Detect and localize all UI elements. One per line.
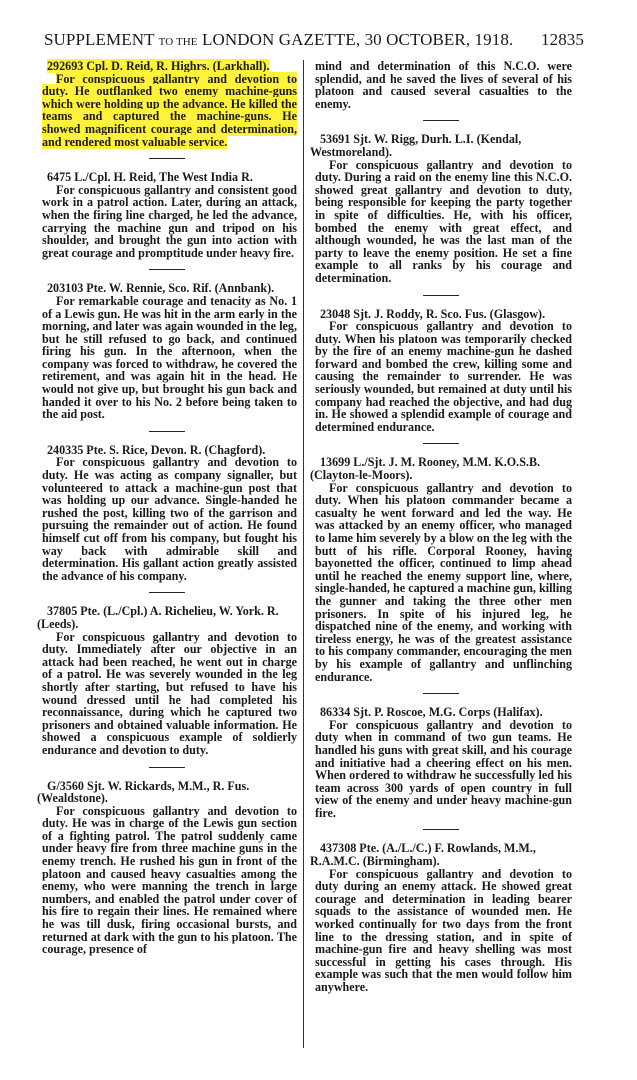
citation-text: For conspicuous gallantry and devotion t… [37, 805, 297, 956]
citation-text: For conspicuous gallantry and devotion t… [37, 456, 297, 582]
citation-heading: 13699 L./Sjt. J. M. Rooney, M.M. K.O.S.B… [310, 456, 572, 481]
section-rule [423, 295, 459, 296]
section-rule [423, 120, 459, 121]
citation-text: For conspicuous gallantry and consistent… [37, 184, 297, 260]
citation-heading: 292693 Cpl. D. Reid, R. Highrs. (Larkhal… [37, 60, 297, 73]
citation-heading: 53691 Sjt. W. Rigg, Durh. L.I. (Kendal, … [310, 133, 572, 158]
citation-entry: 292693 Cpl. D. Reid, R. Highrs. (Larkhal… [37, 60, 297, 148]
column-divider [303, 60, 304, 1048]
header-gazette-date: LONDON GAZETTE, 30 OCTOBER, 1918. [202, 30, 513, 49]
citation-entry: 86334 Sjt. P. Roscoe, M.G. Corps (Halifa… [310, 706, 572, 819]
citation-entry: 437308 Pte. (A./L./C.) F. Rowlands, M.M.… [310, 842, 572, 993]
citation-entry: 203103 Pte. W. Rennie, Sco. Rif. (Annban… [37, 282, 297, 421]
citation-heading: 86334 Sjt. P. Roscoe, M.G. Corps (Halifa… [310, 706, 572, 719]
citation-heading: 6475 L./Cpl. H. Reid, The West India R. [37, 171, 297, 184]
section-rule [149, 158, 185, 159]
citation-entry: 37805 Pte. (L./Cpl.) A. Richelieu, W. Yo… [37, 605, 297, 756]
left-column: 292693 Cpl. D. Reid, R. Highrs. (Larkhal… [37, 60, 297, 956]
citation-text: For conspicuous gallantry and devotion t… [310, 320, 572, 433]
citation-entry: 13699 L./Sjt. J. M. Rooney, M.M. K.O.S.B… [310, 456, 572, 683]
right-column: mind and determination of this N.C.O. we… [310, 60, 572, 994]
highlighted-heading: 292693 Cpl. D. Reid, R. Highrs. (Larkhal… [47, 59, 269, 73]
citation-entry: 23048 Sjt. J. Roddy, R. Sco. Fus. (Glasg… [310, 308, 572, 434]
citation-text: For conspicuous gallantry and devotion t… [310, 482, 572, 684]
page-header: SUPPLEMENT TO THE LONDON GAZETTE, 30 OCT… [44, 30, 584, 54]
section-rule [149, 592, 185, 593]
continuation-text: mind and determination of this N.C.O. we… [310, 60, 572, 110]
citation-entry: 240335 Pte. S. Rice, Devon. R. (Chagford… [37, 444, 297, 583]
header-supplement: SUPPLEMENT [44, 30, 154, 49]
citation-continuation: mind and determination of this N.C.O. we… [310, 60, 572, 110]
section-rule [423, 443, 459, 444]
citation-text: For conspicuous gallantry and devotion t… [37, 73, 297, 149]
citation-text: For remarkable courage and tenacity as N… [37, 295, 297, 421]
section-rule [149, 767, 185, 768]
citation-text: For conspicuous gallantry and devotion t… [310, 868, 572, 994]
section-rule [149, 269, 185, 270]
section-rule [423, 693, 459, 694]
citation-text: For conspicuous gallantry and devotion t… [310, 159, 572, 285]
citation-text: For conspicuous gallantry and devotion t… [310, 719, 572, 820]
citation-heading: G/3560 Sjt. W. Rickards, M.M., R. Fus. (… [37, 780, 297, 805]
header-to-the: TO THE [159, 36, 198, 48]
highlighted-text: For conspicuous gallantry and devotion t… [42, 72, 297, 149]
citation-entry: 6475 L./Cpl. H. Reid, The West India R. … [37, 171, 297, 259]
section-rule [423, 829, 459, 830]
citation-heading: 37805 Pte. (L./Cpl.) A. Richelieu, W. Yo… [37, 605, 297, 630]
citation-entry: 53691 Sjt. W. Rigg, Durh. L.I. (Kendal, … [310, 133, 572, 284]
section-rule [149, 431, 185, 432]
citation-heading: 437308 Pte. (A./L./C.) F. Rowlands, M.M.… [310, 842, 572, 867]
citation-entry: G/3560 Sjt. W. Rickards, M.M., R. Fus. (… [37, 780, 297, 956]
citation-text: For conspicuous gallantry and devotion t… [37, 631, 297, 757]
page-number: 12835 [541, 30, 584, 50]
